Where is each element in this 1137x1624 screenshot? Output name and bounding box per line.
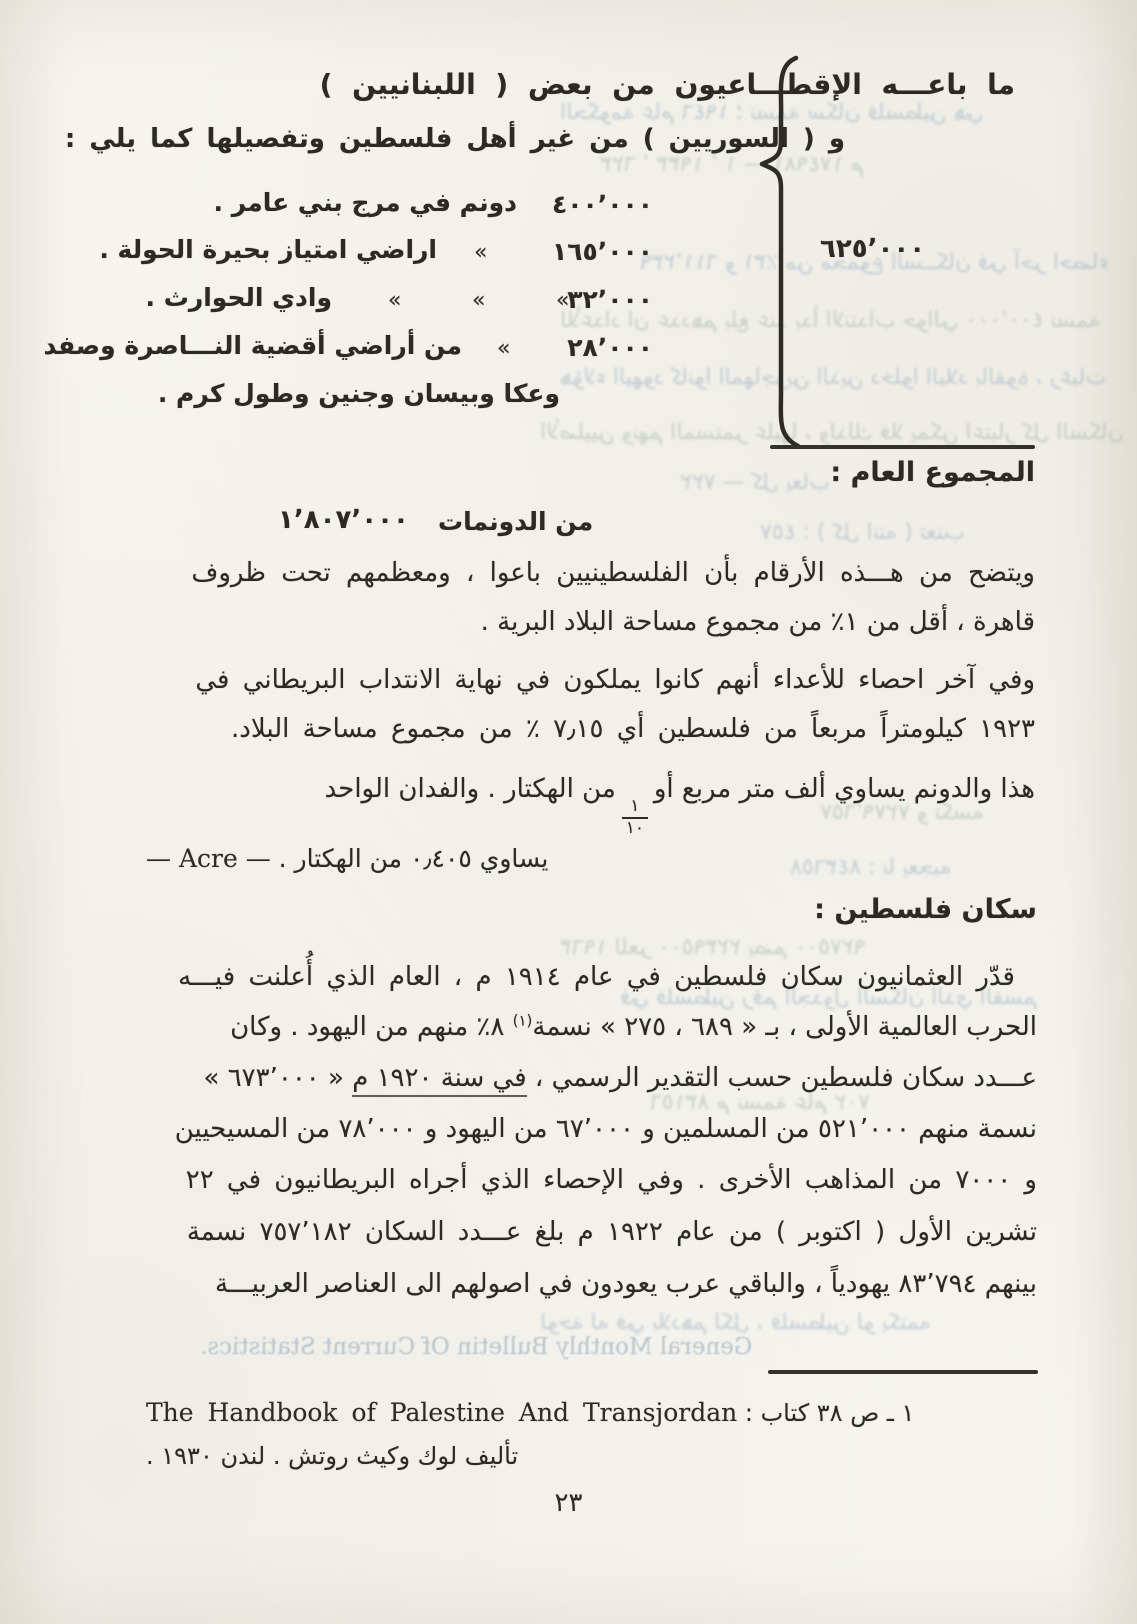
page-number: ٢٣ bbox=[0, 1486, 1137, 1521]
bleed-through-text: ١٩٦٣ للعر ٢٢٣٩٥٠٠ يضم ٩٢٧٥٠٠ bbox=[560, 935, 865, 960]
bleed-through-text: الأصليين ونهم المستمر عليها ، ولذلك فلا … bbox=[540, 420, 1124, 445]
population-line2-b: ٨٪ منهم من اليهود . وكان bbox=[230, 1012, 504, 1042]
fraction-denominator: ١٠ bbox=[626, 820, 644, 838]
population-line: نسمة منهم ٥٢١٬٠٠٠ من المسلمين و ٦٧٬٠٠٠ م… bbox=[175, 1112, 1037, 1147]
ditto-mark: « bbox=[472, 286, 485, 316]
grand-total-unit: من الدونمات bbox=[438, 505, 593, 539]
intro-line-1: ما باعـــه الإقطـــاعيون من بعض ( اللبنا… bbox=[320, 66, 1015, 104]
grand-total-amount: ١٬٨٠٧٬٠٠٠ bbox=[278, 503, 409, 538]
paragraph-line: ١٩٢٣ كيلومتراً مربعاً من فلسطين أي ٧٫١٥ … bbox=[231, 712, 1035, 747]
bleed-through-text: ٧٢٢ — كل يعاب bbox=[680, 470, 830, 495]
acre-definition-line: — Acre — يساوي ٠٫٤٠٥ من الهكتار . bbox=[146, 842, 548, 876]
dunum-definition-line: هذا والدونم يساوي ألف متر مربع أو١١٠من ا… bbox=[325, 772, 1035, 838]
population-line: الحرب العالمية الأولى ، بـ « ٦٨٩ ، ٢٧٥ »… bbox=[230, 1010, 1037, 1045]
paragraph-line: قاهرة ، أقل من ١٪ من مجموع مساحة البلاد … bbox=[481, 605, 1035, 640]
bleed-through-english-line: General Monthly Bulletin Of Current Stat… bbox=[200, 1334, 752, 1360]
ditto-mark: « bbox=[474, 238, 487, 268]
population-line: قدّر العثمانيون سكان فلسطين في عام ١٩١٤ … bbox=[178, 960, 1015, 995]
footnote-line-2: تأليف لوك وكيث روتش . لندن ١٩٣٠ . bbox=[146, 1440, 518, 1472]
ledger-group-total: ٦٢٥٬٠٠٠ bbox=[820, 232, 925, 267]
bleed-through-text: هؤلاء اليهود كانوا المهاجرين الذين دخلوا… bbox=[560, 365, 1106, 390]
population-heading: سكان فلسطين : bbox=[814, 892, 1037, 928]
ledger-row-amount: ٢٨٬٠٠٠ bbox=[567, 331, 653, 365]
ditto-mark: « bbox=[388, 286, 401, 316]
footnote-marker: (١) bbox=[513, 1011, 533, 1029]
bleed-through-text: ٨٤٣٦٥٨ : نا يعجبه bbox=[790, 855, 952, 880]
footnote-book-title-english: The Handbook of Palestine And Transjorda… bbox=[146, 1398, 737, 1427]
ledger-row-amount: ٤٠٠٬٠٠٠ bbox=[552, 188, 653, 222]
ledger-row-amount: ١٦٥٬٠٠٠ bbox=[552, 235, 653, 269]
population-line3-b: « ٦٧٣٬٠٠٠ » bbox=[204, 1063, 344, 1093]
ledger-row-desc: اراضي امتياز بحيرة الحولة . bbox=[99, 233, 437, 267]
population-line: تشرين الأول ( اكتوبر ) من عام ١٩٢٢ م بلغ… bbox=[187, 1215, 1037, 1250]
grouping-brace bbox=[750, 52, 804, 452]
bleed-through-text: ٤٥٧ : ( كل انته ) تعتب bbox=[760, 520, 965, 545]
acre-english-label: — Acre — bbox=[146, 844, 271, 873]
footnote-rule bbox=[768, 1370, 1038, 1374]
population-line: و ٧٠٠٠ من المذاهب الأخرى . وفي الإحصاء ا… bbox=[186, 1163, 1037, 1198]
population-line: عـــدد سكان فلسطين حسب التقدير الرسمي ، … bbox=[204, 1061, 1037, 1096]
underlined-year-1920: في سنة ١٩٢٠ م bbox=[352, 1063, 526, 1097]
one-tenth-fraction: ١١٠ bbox=[622, 798, 648, 838]
dunum-definition-text-a: هذا والدونم يساوي ألف متر مربع أو bbox=[654, 774, 1035, 804]
bleed-through-text: لوحة له في بلادهم لكل ، فلسطين لو يكتمه bbox=[540, 1310, 931, 1335]
ledger-row-amount: ٣٢٬٠٠٠ bbox=[567, 283, 653, 317]
ledger-row-desc: دونم في مرج بني عامر . bbox=[214, 186, 517, 220]
intro-line-2: و ( السوريين ) من غير أهل فلسطين وتفصيله… bbox=[65, 122, 845, 157]
paragraph-line: وفي آخر احصاء للأعداء أنهم كانوا يملكون … bbox=[195, 663, 1035, 698]
section-rule bbox=[770, 445, 1035, 449]
dunum-definition-text-b: من الهكتار . والفدان الواحد bbox=[325, 774, 616, 804]
population-line3-a: عـــدد سكان فلسطين حسب التقدير الرسمي ، bbox=[535, 1063, 1037, 1093]
acre-arabic-text: يساوي ٠٫٤٠٥ من الهكتار . bbox=[279, 844, 549, 873]
grand-total-heading: المجموع العام : bbox=[830, 455, 1035, 491]
population-line: بينهم ٨٣٬٧٩٤ يهودياً ، والباقي عرب يعودو… bbox=[215, 1267, 1037, 1302]
paragraph-line: ويتضح من هـــذه الأرقام بأن الفلسطينيين … bbox=[191, 556, 1035, 591]
ditto-mark: « bbox=[497, 334, 510, 364]
ledger-row-desc: من أراضي أقضية النـــاصرة وصفد bbox=[44, 329, 463, 363]
footnote-line-1: The Handbook of Palestine And Transjorda… bbox=[146, 1396, 914, 1430]
ledger-continuation-line: وعكا وبيسان وجنين وطول كرم . bbox=[158, 377, 560, 411]
fraction-numerator: ١ bbox=[630, 798, 639, 816]
population-line2-a: الحرب العالمية الأولى ، بـ « ٦٨٩ ، ٢٧٥ »… bbox=[532, 1012, 1037, 1042]
footnote-reference-arabic: ١ ـ ص ٣٨ كتاب : bbox=[745, 1399, 915, 1427]
ledger-row-desc: وادي الحوارث . bbox=[146, 281, 333, 315]
